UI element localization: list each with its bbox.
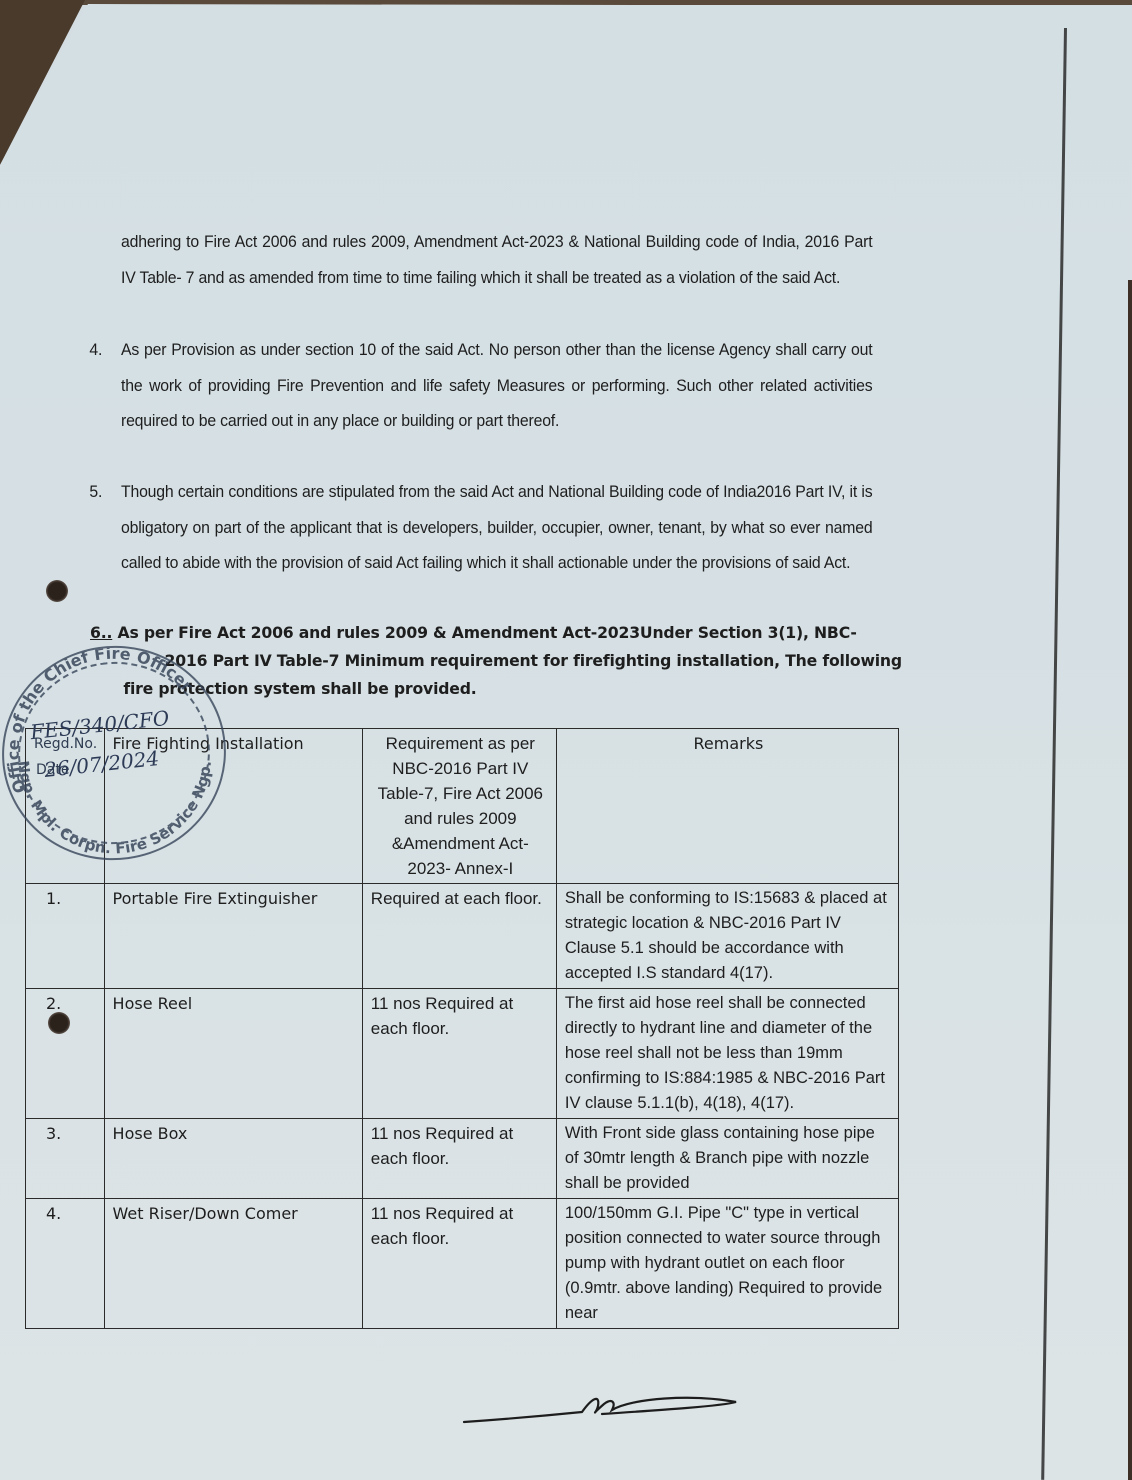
row-sr: 3. (26, 1119, 105, 1199)
row-installation: Hose Reel (104, 989, 362, 1119)
header-remarks: Remarks (556, 729, 898, 884)
stamp-ref-label: Regd.No. (34, 736, 97, 752)
row-remarks: 100/150mm G.I. Pipe "C" type in vertical… (556, 1199, 898, 1329)
table-row: 1. Portable Fire Extinguisher Required a… (26, 884, 899, 989)
paragraph-4-number: 4. (89, 332, 102, 368)
row-remarks: The first aid hose reel shall be connect… (556, 989, 898, 1119)
row-requirement: 11 nos Required at each floor. (362, 1119, 556, 1199)
table-row: 4. Wet Riser/Down Comer 11 nos Required … (26, 1199, 899, 1329)
row-installation: Hose Box (104, 1119, 362, 1199)
row-sr: 2. (26, 989, 105, 1119)
table-row: 2. Hose Reel 11 nos Required at each flo… (26, 989, 899, 1119)
row-requirement: Required at each floor. (362, 884, 556, 989)
paragraph-6-line-1: As per Fire Act 2006 and rules 2009 & Am… (118, 623, 857, 642)
paragraph-5-number: 5. (89, 474, 102, 510)
row-sr: 4. (26, 1199, 105, 1329)
page-edge (1128, 280, 1132, 1480)
signature-icon (462, 1388, 742, 1428)
paragraph-3: adhering to Fire Act 2006 and rules 2009… (121, 224, 872, 295)
row-requirement: 11 nos Required at each floor. (362, 989, 556, 1119)
row-requirement: 11 nos Required at each floor. (362, 1199, 556, 1329)
paragraph-4: 4. As per Provision as under section 10 … (121, 332, 872, 439)
row-remarks: With Front side glass containing hose pi… (556, 1119, 898, 1199)
row-installation: Wet Riser/Down Comer (104, 1199, 362, 1329)
paragraph-3-text: adhering to Fire Act 2006 and rules 2009… (121, 232, 872, 287)
row-installation: Portable Fire Extinguisher (104, 884, 362, 989)
row-remarks: Shall be conforming to IS:15683 & placed… (556, 884, 898, 989)
header-requirement: Requirement as per NBC-2016 Part IV Tabl… (362, 729, 556, 884)
row-sr: 1. (26, 884, 105, 989)
paragraph-5: 5. Though certain conditions are stipula… (121, 474, 872, 581)
paragraph-5-text: Though certain conditions are stipulated… (121, 482, 872, 572)
table-row: 3. Hose Box 11 nos Required at each floo… (26, 1119, 899, 1199)
punch-hole-icon (46, 580, 68, 602)
paragraph-4-text: As per Provision as under section 10 of … (121, 340, 872, 430)
paragraph-6-number: 6.. (90, 623, 112, 642)
